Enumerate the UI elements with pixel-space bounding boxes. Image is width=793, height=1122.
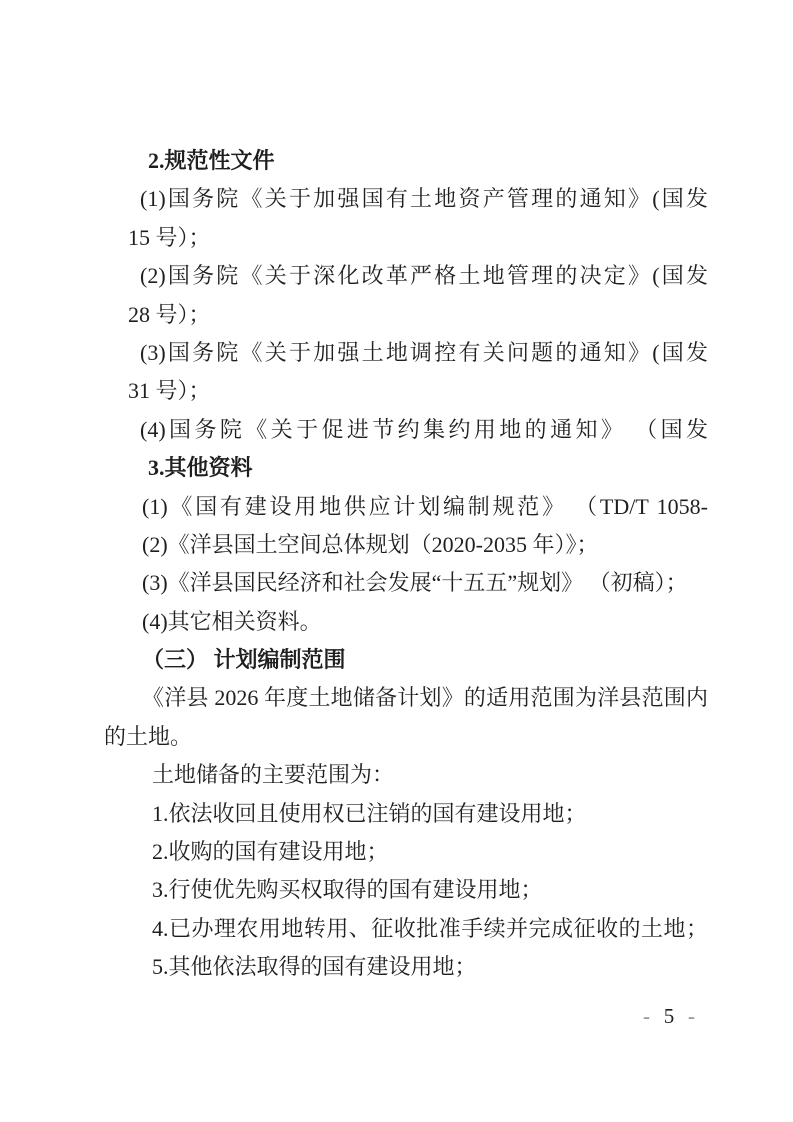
section-heading-other-materials: 3.其他资料 (104, 449, 708, 487)
page-number: - 5 - (643, 1002, 695, 1030)
item-five-year-plan-draft: (3)《洋县国民经济和社会发展“十五五”规划》 （初稿）； (104, 564, 708, 602)
reserve-scope-list-item-2: 2.收购的国有建设用地； (104, 833, 708, 871)
page-number-dash-right: - (688, 1002, 695, 1030)
item-decision-guofa-2004-line1: (2)国务院《关于深化改革严格土地管理的决定》(国发〔2004〕 (104, 257, 708, 295)
item-territorial-spatial-plan: (2)《洋县国土空间总体规划（2020-2035 年）》； (104, 526, 708, 564)
reserve-scope-list-item-1: 1.依法收回且使用权已注销的国有建设用地； (104, 795, 708, 833)
item-notice-guofa-2008: (4)国务院《关于促进节约集约用地的通知》 （国发〔2008〕3 号）。 (104, 411, 708, 449)
section-heading-normative-documents: 2.规范性文件 (104, 142, 708, 180)
document-page: 2.规范性文件 (1)国务院《关于加强国有土地资产管理的通知》(国发〔2001〕… (0, 0, 793, 1122)
section-heading-plan-scope: （三） 计划编制范围 (104, 641, 708, 679)
reserve-scope-list-item-5: 5.其他依法取得的国有建设用地； (104, 948, 708, 986)
item-supply-plan-standard: (1)《国有建设用地供应计划编制规范》 （TD/T 1058-2022）； (104, 488, 708, 526)
para-reserve-scope-intro: 土地储备的主要范围为： (104, 756, 708, 794)
item-notice-guofa-2006-line1: (3)国务院《关于加强土地调控有关问题的通知》(国发〔2006〕 (104, 334, 708, 372)
item-notice-guofa-2001-line1: (1)国务院《关于加强国有土地资产管理的通知》(国发〔2001〕 (104, 180, 708, 218)
reserve-scope-list-item-4: 4.已办理农用地转用、征收批准手续并完成征收的土地； (104, 910, 708, 948)
item-notice-guofa-2001-line2: 15 号）； (104, 219, 708, 257)
page-number-value: 5 (664, 1002, 675, 1030)
item-notice-guofa-2006-line2: 31 号）； (104, 372, 708, 410)
item-other-related-materials: (4)其它相关资料。 (104, 603, 708, 641)
reserve-scope-list-item-3: 3.行使优先购买权取得的国有建设用地； (104, 871, 708, 909)
para-applicable-scope-line1: 《洋县 2026 年度土地储备计划》的适用范围为洋县范围内 (104, 679, 708, 717)
item-decision-guofa-2004-line2: 28 号）； (104, 296, 708, 334)
para-applicable-scope-line2: 的土地。 (104, 718, 708, 756)
page-number-dash-left: - (643, 1002, 650, 1030)
document-body: 2.规范性文件 (1)国务院《关于加强国有土地资产管理的通知》(国发〔2001〕… (104, 142, 708, 987)
